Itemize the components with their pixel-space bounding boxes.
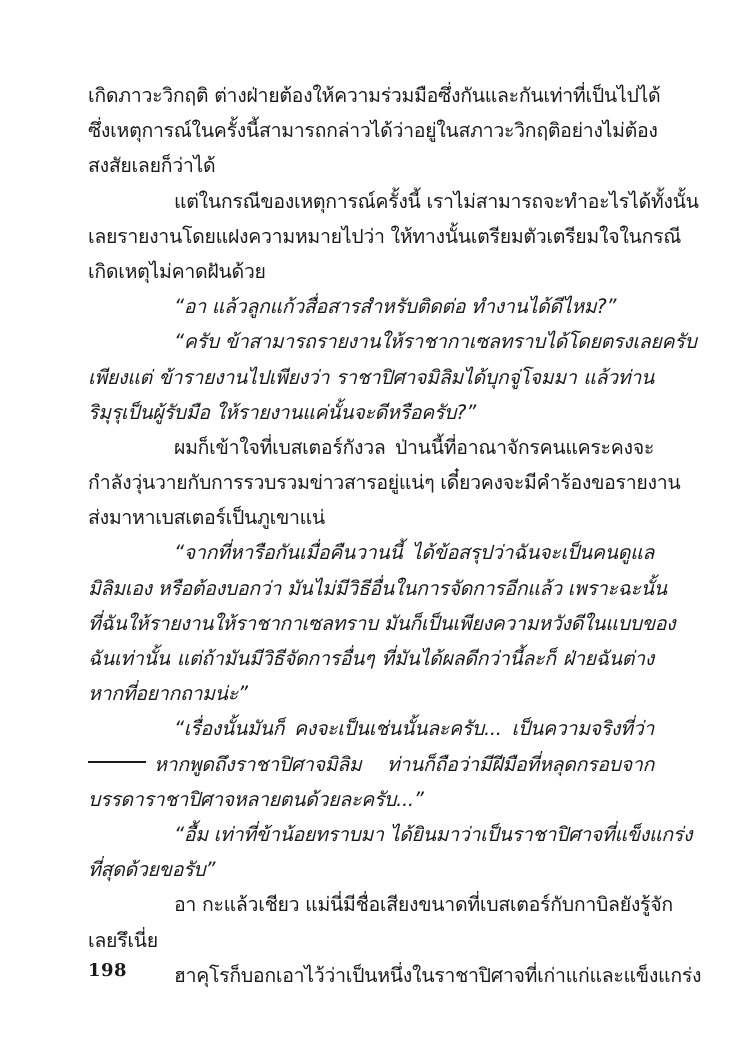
dialogue-line-15: มิลิมเอง หรือต้องบอกว่า มันไม่มีวิธีอื่น…: [88, 571, 654, 606]
dialogue-line-23: ที่สุดด้วยขอรับ”: [88, 852, 654, 887]
dialogue-line-19: “เรื่องนั้นมันก็ คงจะเป็นเช่นนั้นละครับ.…: [88, 711, 654, 746]
text-line-6: เกิดเหตุไม่คาดฝันด้วย: [88, 254, 654, 289]
text-line-11: ผมก็เข้าใจที่เบสเตอร์กังวล ป่านนี้ที่อาณ…: [88, 430, 654, 465]
text-line-5: เลยรายงานโดยแฝงความหมายไปว่า ให้ทางนั้นเ…: [88, 219, 654, 254]
dialogue-line-16: ที่ฉันให้รายงานให้ราชากาเซลทราบ มันก็เป็…: [88, 606, 654, 641]
text-line-25: เลยรึเนี่ย: [88, 923, 654, 958]
dialogue-line-20-text: หากพูดถึงราชาปิศาจมิลิม ท่านก็ถือว่ามีฝี…: [154, 747, 654, 782]
text-line-2: ซึ่งเหตุการณ์ในครั้งนี้สามารถกล่าวได้ว่า…: [88, 113, 654, 148]
dialogue-line-21: บรรดาราชาปิศาจหลายตนด้วยละครับ...”: [88, 782, 654, 817]
dialogue-line-9: เพียงแต่ ข้ารายงานไปเพียงว่า ราชาปิศาจมิ…: [88, 360, 654, 395]
dialogue-line-22: “อื้ม เท่าที่ข้าน้อยทราบมา ได้ยินมาว่าเป…: [88, 817, 654, 852]
text-line-1: เกิดภาวะวิกฤติ ต่างฝ่ายต้องให้ความร่วมมื…: [88, 78, 654, 113]
text-line-24: อา กะแล้วเชียว แม่นี่มีชื่อเสียงขนาดที่เ…: [88, 887, 654, 922]
text-line-12: กำลังวุ่นวายกับการรวบรวมข่าวสารอยู่แน่ๆ …: [88, 465, 654, 500]
text-line-13: ส่งมาหาเบสเตอร์เป็นภูเขาแน่: [88, 500, 654, 535]
book-page-body: เกิดภาวะวิกฤติ ต่างฝ่ายต้องให้ความร่วมมื…: [88, 78, 654, 993]
page-number: 198: [88, 960, 127, 981]
dialogue-line-10: ริมุรุเป็นผู้รับมือ ให้รายงานแค่นั้นจะดี…: [88, 395, 654, 430]
text-line-4: แต่ในกรณีของเหตุการณ์ครั้งนี้ เราไม่สามา…: [88, 184, 654, 219]
dialogue-line-20: หากพูดถึงราชาปิศาจมิลิม ท่านก็ถือว่ามีฝี…: [88, 747, 654, 782]
text-line-3: สงสัยเลยก็ว่าได้: [88, 148, 654, 183]
em-dash-rule: [88, 761, 146, 763]
dialogue-line-14: “จากที่หารือกันเมื่อคืนวานนี้ ได้ข้อสรุป…: [88, 535, 654, 570]
dialogue-line-17: ฉันเท่านั้น แต่ถ้ามันมีวิธีจัดการอื่นๆ ท…: [88, 641, 654, 676]
dialogue-line-18: หากที่อยากถามน่ะ”: [88, 676, 654, 711]
dialogue-line-8: “ครับ ข้าสามารถรายงานให้ราชากาเซลทราบได้…: [88, 324, 654, 359]
dialogue-line-7: “อา แล้วลูกแก้วสื่อสารสำหรับติดต่อ ทำงาน…: [88, 289, 654, 324]
text-line-26: ฮาคุโรก็บอกเอาไว้ว่าเป็นหนึ่งในราชาปิศาจ…: [88, 958, 654, 993]
